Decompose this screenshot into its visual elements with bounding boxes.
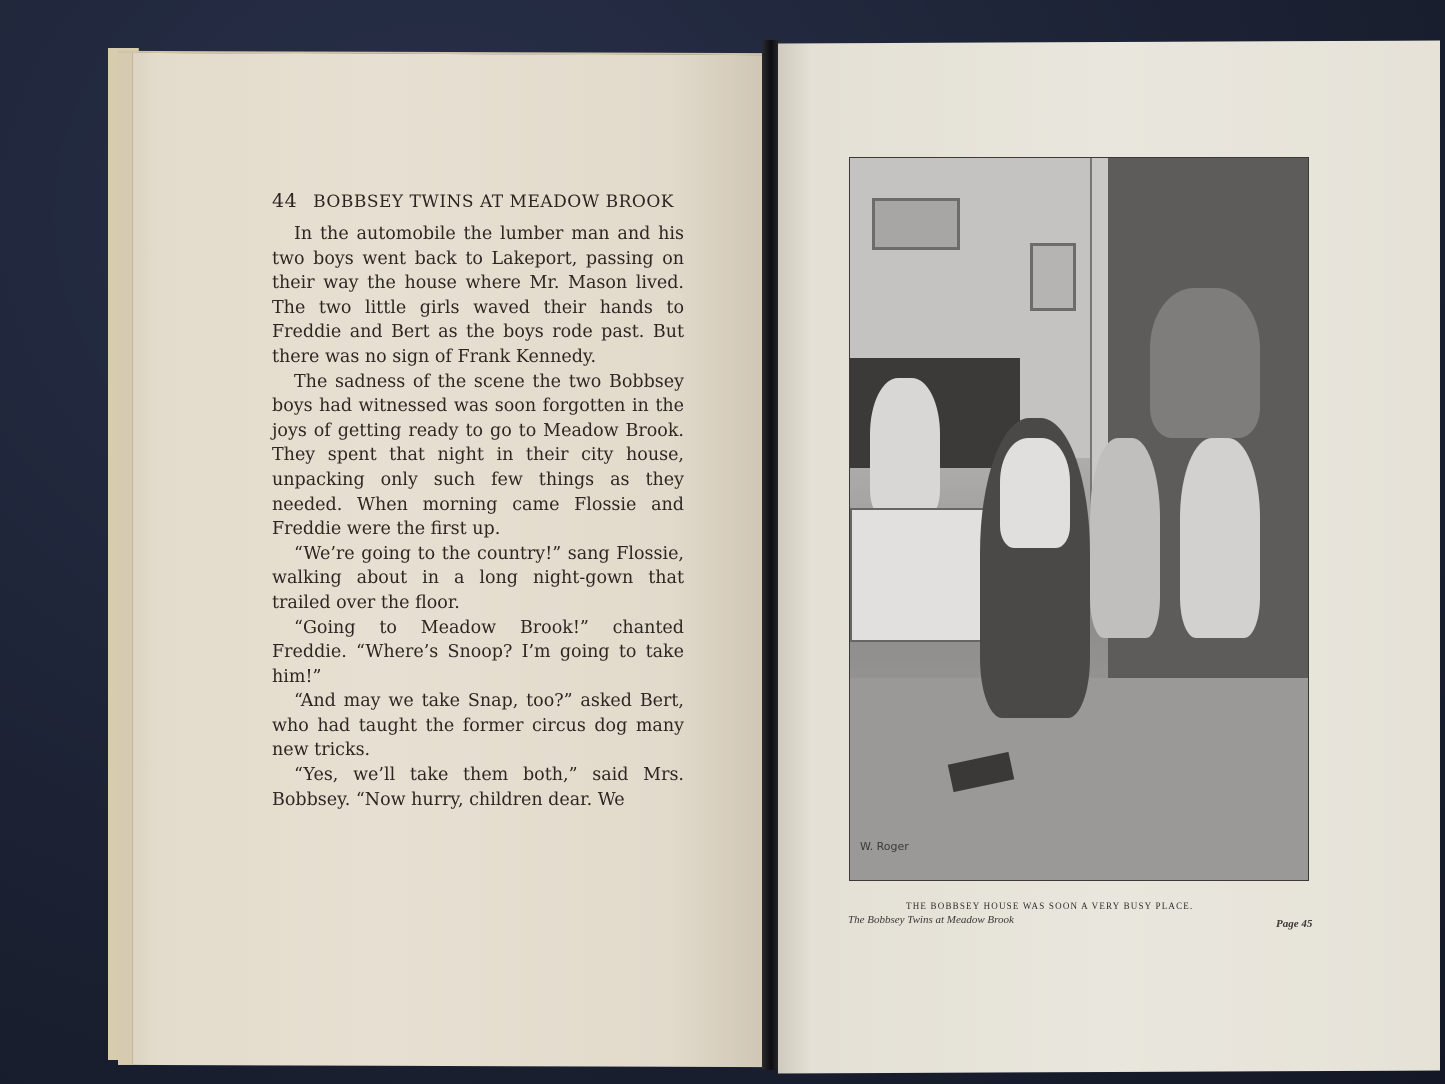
footer-title: The Bobbsey Twins at Meadow Brook xyxy=(848,914,1014,926)
paragraph: “Going to Meadow Brook!” chanted Freddie… xyxy=(272,616,684,690)
paragraph: In the automobile the lumber man and his… xyxy=(272,222,684,370)
footer-page: Page 45 xyxy=(1276,918,1312,930)
wall-picture-portrait xyxy=(1030,243,1076,311)
figure-girl-with-cat xyxy=(1180,438,1260,638)
paragraph: “We’re going to the country!” sang Floss… xyxy=(272,542,684,616)
body-text: In the automobile the lumber man and his… xyxy=(272,222,684,812)
figure-woman-blouse xyxy=(1000,438,1070,548)
paragraph: The sadness of the scene the two Bobbsey… xyxy=(272,370,684,542)
wall-picture-landscape xyxy=(872,198,960,250)
illustration: W. Roger xyxy=(849,157,1309,881)
paragraph: “And may we take Snap, too?” asked Bert,… xyxy=(272,689,684,763)
running-head-title: BOBBSEY TWINS AT MEADOW BROOK xyxy=(313,192,674,212)
artist-signature: W. Roger xyxy=(860,840,909,853)
figure-older-woman xyxy=(1150,288,1260,438)
figure-boy xyxy=(1090,438,1160,638)
figure-girl-left xyxy=(870,378,940,518)
running-head: 44 BOBBSEY TWINS AT MEADOW BROOK xyxy=(272,190,674,212)
paragraph: “Yes, we’ll take them both,” said Mrs. B… xyxy=(272,763,684,812)
page-number: 44 xyxy=(272,190,297,212)
page-edge xyxy=(118,53,133,1065)
illustration-caption: THE BOBBSEY HOUSE WAS SOON A VERY BUSY P… xyxy=(906,901,1193,911)
